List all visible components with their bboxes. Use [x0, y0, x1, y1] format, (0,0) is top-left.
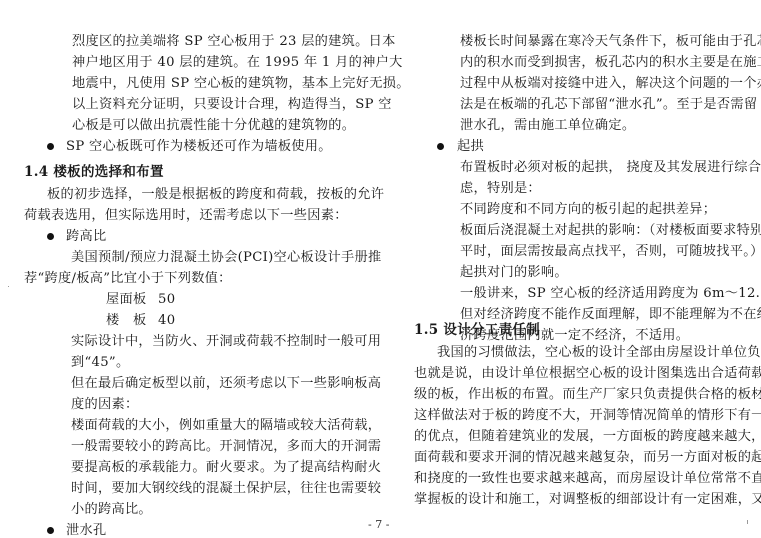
text-line: 烈度区的拉美端将 SP 空心板用于 23 层的建筑。日本 — [72, 31, 396, 52]
section-heading: 1.4 楼板的选择和布置 — [24, 162, 164, 183]
text-line: 平时，面层需按最高点找平，否则，可随坡找平。） — [460, 241, 761, 262]
text-line: 布置板时必须对板的起拱， 挠度及其发展进行综合考 — [460, 157, 761, 178]
text-line: 到“45”。 — [71, 352, 129, 373]
bullet-text: 起拱 — [457, 136, 484, 157]
text-line: 面荷载和要求开洞的情况越来越复杂，而另一方面对板的起拱 — [414, 447, 761, 468]
text-line: 板面后浇混凝土对起拱的影响：（对楼板面要求特别水 — [460, 220, 761, 241]
text-line: 一般需要较小的跨高比。开洞情况，多而大的开洞需 — [71, 436, 381, 457]
text-line: 小的跨高比。 — [71, 499, 152, 520]
ratio-value: 40 — [158, 310, 175, 331]
bullet-text: 泄水孔 — [66, 520, 106, 538]
bullet-icon — [47, 527, 54, 534]
text-line: 起拱对门的影响。 — [460, 262, 568, 283]
text-line: 这样做法对于板的跨度不大，开洞等情况简单的情形下有一定 — [414, 405, 761, 426]
text-line: 心板是可以做出抗震性能十分优越的建筑物的。 — [72, 115, 355, 136]
text-line: 内的积水而受到损害，板孔芯内的积水主要是在施工 — [460, 52, 761, 73]
text-line: 虑，特别是： — [460, 178, 541, 199]
bullet-text: 跨高比 — [66, 226, 106, 247]
text-line: 不同跨度和不同方向的板引起的起拱差异； — [460, 199, 716, 220]
text-line: 实际设计中，当防火、开洞或荷载不控制时一般可用 — [71, 331, 381, 352]
text-line: 度的因素： — [71, 394, 138, 415]
text-line: 荷载表选用，但实际选用时，还需考虑以下一些因素： — [24, 205, 348, 226]
bullet-icon — [47, 143, 54, 150]
text-line: 我国的习惯做法，空心板的设计全部由房屋设计单位负责， — [437, 342, 761, 363]
text-line: 要提高板的承载能力。耐火要求。为了提高结构耐火 — [71, 457, 381, 478]
text-line: 荐“跨度/板高”比宜小于下列数值： — [24, 268, 232, 289]
bullet-icon — [47, 233, 54, 240]
text-line: 掌握板的设计和施工，对调整板的细部设计有一定困难，又费 — [414, 489, 761, 510]
text-line: 的优点，但随着建筑业的发展，一方面板的跨度越来越大，板 — [414, 426, 761, 447]
text-line: 也就是说，由设计单位根据空心板的设计图集选出合适荷载等 — [414, 363, 761, 384]
text-line: 地震中，凡使用 SP 空心板的建筑物，基本上完好无损。 — [72, 73, 410, 94]
text-line: 美国预制/预应力混凝土协会(PCI)空心板设计手册推 — [71, 247, 381, 268]
ratio-value: 50 — [158, 289, 175, 310]
bullet-icon — [437, 143, 444, 150]
text-line: 法是在板端的孔芯下部留“泄水孔”。至于是否需留 — [460, 94, 757, 115]
text-line: 过程中从板端对接缝中进入，解决这个问题的一个办 — [460, 73, 761, 94]
text-line: 和挠度的一致性也要求越来越高，而房屋设计单位常常不直接 — [414, 468, 761, 489]
text-line: 一般讲来，SP 空心板的经济适用跨度为 6m～12.6m， — [460, 283, 761, 304]
text-line: 以上资料充分证明，只要设计合理，构造得当，SP 空 — [72, 94, 392, 115]
text-line: 但在最后确定板型以前，还须考虑以下一些影响板高 — [71, 373, 381, 394]
text-line: 楼面荷载的大小，例如重量大的隔墙或较大活荷载， — [71, 415, 381, 436]
text-line: 楼板长时间暴露在寒冷天气条件下，板可能由于孔芯 — [460, 31, 761, 52]
page-number: - 7 - — [368, 518, 389, 531]
text-line: 板的初步选择，一般是根据板的跨度和荷载，按板的允许 — [47, 184, 384, 205]
text-line: 泄水孔，需由施工单位确定。 — [460, 115, 635, 136]
text-line: 时间，要加大钢绞线的混凝土保护层，往往也需要较 — [71, 478, 381, 499]
scan-speck — [8, 286, 9, 287]
ratio-label: 楼 板 — [106, 310, 146, 331]
scan-speck — [747, 520, 748, 524]
text-line: 神户地区用于 40 层的建筑。在 1995 年 1 月的神户大 — [72, 52, 403, 73]
bullet-text: SP 空心板既可作为楼板还可作为墙板使用。 — [66, 136, 332, 157]
ratio-label: 屋面板 — [106, 289, 146, 310]
text-line: 级的板，作出板的布置。而生产厂家只负责提供合格的板材， — [414, 384, 761, 405]
section-heading: 1.5 设计分工责任制 — [414, 320, 540, 341]
